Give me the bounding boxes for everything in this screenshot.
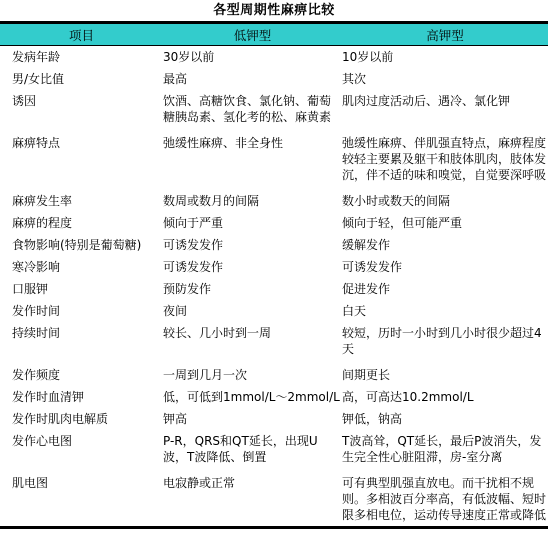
low-potassium-cell: 最高 (163, 68, 342, 90)
low-potassium-cell: 预防发作 (163, 278, 342, 300)
high-potassium-cell: 数小时或数天的间隔 (342, 190, 548, 212)
high-potassium-cell: 可有典型肌强直放电。而干扰相不规则。多相波百分率高，有低波幅、短时限多相电位，运… (342, 472, 548, 528)
high-potassium-cell: 肌肉过度活动后、遇冷、氯化钾 (342, 90, 548, 132)
row-label: 发作时血清钾 (0, 386, 163, 408)
high-potassium-cell: 高，可高达10.2mmol/L (342, 386, 548, 408)
row-label: 发作时间 (0, 300, 163, 322)
low-potassium-cell: 电寂静或正常 (163, 472, 342, 528)
low-potassium-cell: 饮酒、高糖饮食、氯化钠、葡萄糖胰岛素、氢化考的松、麻黄素 (163, 90, 342, 132)
row-label: 发作时肌肉电解质 (0, 408, 163, 430)
high-potassium-cell: 10岁以前 (342, 46, 548, 69)
low-potassium-cell: P-R，QRS和QT延长，出现U波，T波降低、倒置 (163, 430, 342, 472)
high-potassium-cell: 较短，历时一小时到几小时很少超过4天 (342, 322, 548, 364)
low-potassium-cell: 30岁以前 (163, 46, 342, 69)
high-potassium-cell: 促进发作 (342, 278, 548, 300)
row-label: 发作频度 (0, 364, 163, 386)
table-row: 男/女比值 最高 其次 (0, 68, 548, 90)
table-row: 诱因 饮酒、高糖饮食、氯化钠、葡萄糖胰岛素、氢化考的松、麻黄素 肌肉过度活动后、… (0, 90, 548, 132)
row-label: 持续时间 (0, 322, 163, 364)
low-potassium-cell: 夜间 (163, 300, 342, 322)
table-row: 发作时间 夜间 白天 (0, 300, 548, 322)
table-row: 发作心电图 P-R，QRS和QT延长，出现U波，T波降低、倒置 T波高耸，QT延… (0, 430, 548, 472)
header-item: 项目 (0, 23, 163, 46)
low-potassium-cell: 数周或数月的间隔 (163, 190, 342, 212)
header-high-potassium: 高钾型 (342, 23, 548, 46)
table-row: 食物影响(特别是葡萄糖) 可诱发发作 缓解发作 (0, 234, 548, 256)
table-row: 发病年龄 30岁以前 10岁以前 (0, 46, 548, 69)
high-potassium-cell: 间期更长 (342, 364, 548, 386)
high-potassium-cell: 倾向于轻，但可能严重 (342, 212, 548, 234)
row-label: 寒冷影响 (0, 256, 163, 278)
row-label: 发病年龄 (0, 46, 163, 69)
table-row: 发作频度 一周到几月一次 间期更长 (0, 364, 548, 386)
low-potassium-cell: 一周到几月一次 (163, 364, 342, 386)
high-potassium-cell: T波高耸，QT延长，最后P波消失，发生完全性心脏阻滞，房-室分离 (342, 430, 548, 472)
low-potassium-cell: 弛缓性麻痹、非全身性 (163, 132, 342, 190)
comparison-table: 项目 低钾型 高钾型 发病年龄 30岁以前 10岁以前 男/女比值 最高 其次 … (0, 21, 548, 529)
low-potassium-cell: 较长、几小时到一周 (163, 322, 342, 364)
header-low-potassium: 低钾型 (163, 23, 342, 46)
high-potassium-cell: 白天 (342, 300, 548, 322)
header-row: 项目 低钾型 高钾型 (0, 23, 548, 46)
row-label: 肌电图 (0, 472, 163, 528)
row-label: 食物影响(特别是葡萄糖) (0, 234, 163, 256)
table-row: 持续时间 较长、几小时到一周 较短，历时一小时到几小时很少超过4天 (0, 322, 548, 364)
low-potassium-cell: 可诱发发作 (163, 234, 342, 256)
row-label: 诱因 (0, 90, 163, 132)
row-label: 麻痹发生率 (0, 190, 163, 212)
high-potassium-cell: 钾低，钠高 (342, 408, 548, 430)
high-potassium-cell: 其次 (342, 68, 548, 90)
low-potassium-cell: 低，可低到1mmol/L～2mmol/L (163, 386, 342, 408)
table-row: 麻痹的程度 倾向于严重 倾向于轻，但可能严重 (0, 212, 548, 234)
table-row: 麻痹特点 弛缓性麻痹、非全身性 弛缓性麻痹、伴肌强直特点，麻痹程度较轻主要累及躯… (0, 132, 548, 190)
row-label: 口服钾 (0, 278, 163, 300)
row-label: 麻痹的程度 (0, 212, 163, 234)
row-label: 男/女比值 (0, 68, 163, 90)
row-label: 麻痹特点 (0, 132, 163, 190)
table-title: 各型周期性麻痹比较 (0, 0, 548, 21)
table-row: 肌电图 电寂静或正常 可有典型肌强直放电。而干扰相不规则。多相波百分率高，有低波… (0, 472, 548, 528)
table-row: 口服钾 预防发作 促进发作 (0, 278, 548, 300)
table-row: 寒冷影响 可诱发发作 可诱发发作 (0, 256, 548, 278)
high-potassium-cell: 弛缓性麻痹、伴肌强直特点，麻痹程度较轻主要累及躯干和肢体肌肉，肢体发沉，伴不适的… (342, 132, 548, 190)
high-potassium-cell: 缓解发作 (342, 234, 548, 256)
table-row: 发作时血清钾 低，可低到1mmol/L～2mmol/L 高，可高达10.2mmo… (0, 386, 548, 408)
table-row: 发作时肌肉电解质 钾高 钾低，钠高 (0, 408, 548, 430)
low-potassium-cell: 倾向于严重 (163, 212, 342, 234)
table-row: 麻痹发生率 数周或数月的间隔 数小时或数天的间隔 (0, 190, 548, 212)
low-potassium-cell: 钾高 (163, 408, 342, 430)
high-potassium-cell: 可诱发发作 (342, 256, 548, 278)
row-label: 发作心电图 (0, 430, 163, 472)
low-potassium-cell: 可诱发发作 (163, 256, 342, 278)
